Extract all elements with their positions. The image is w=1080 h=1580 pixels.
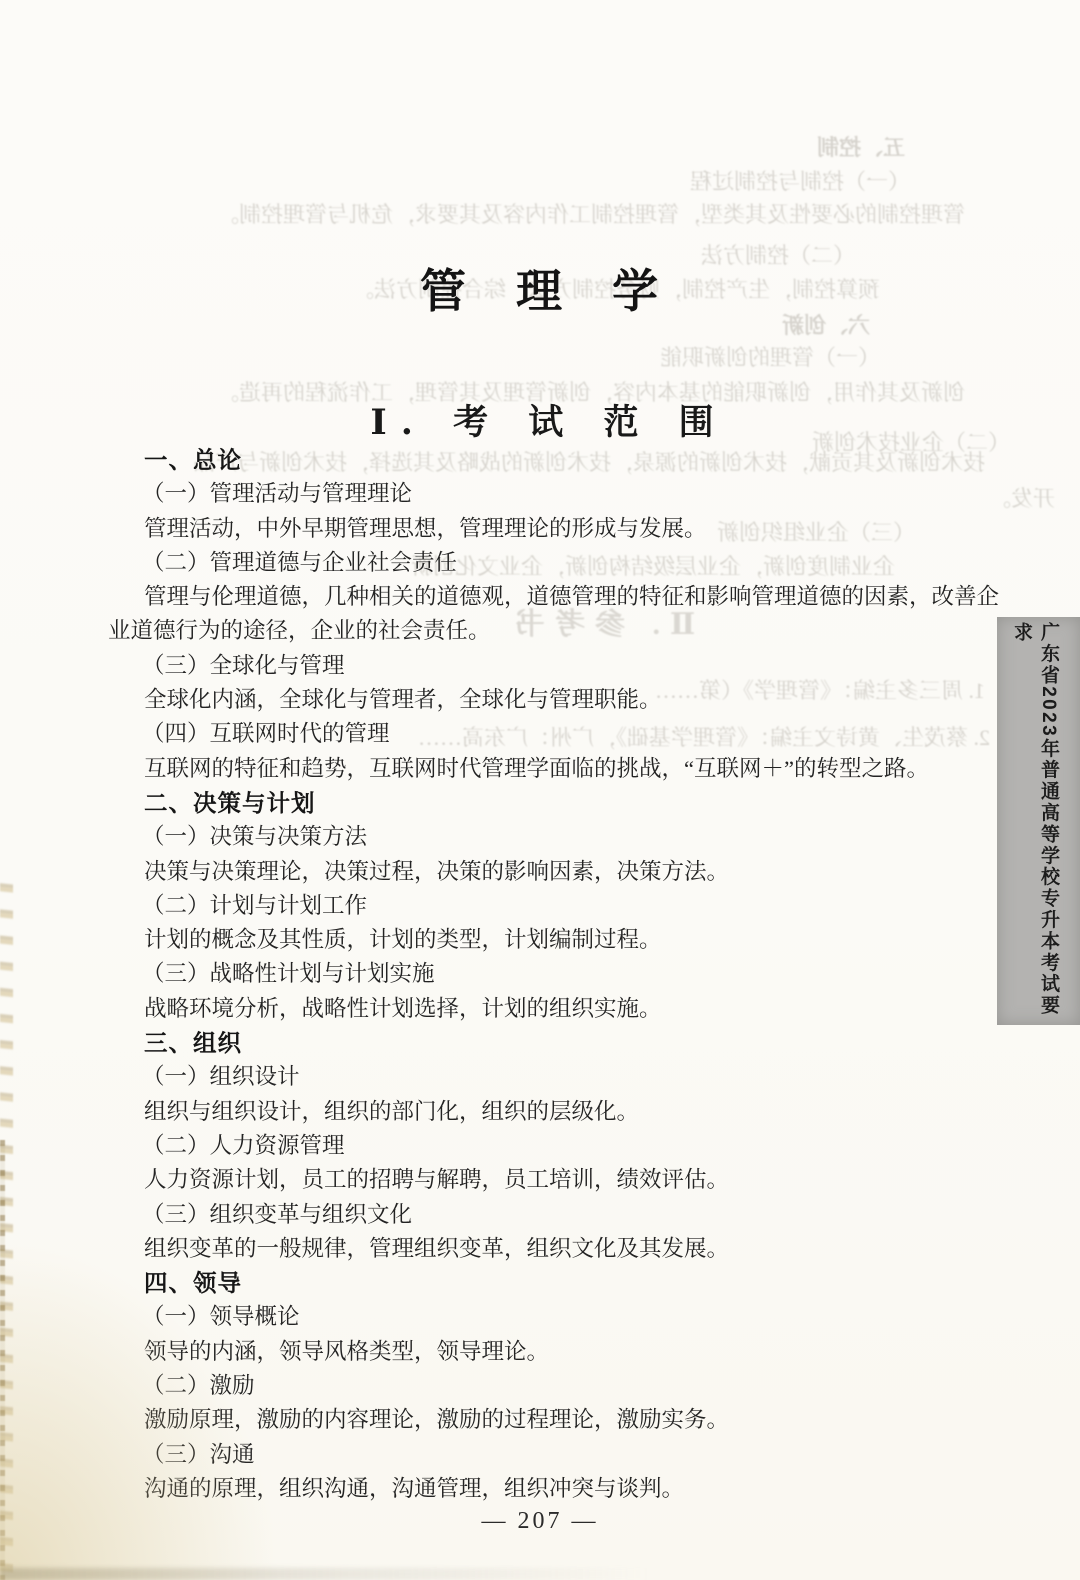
outline-body: 人力资源计划，员工的招聘与解聘，员工培训，绩效评估。	[108, 1163, 980, 1197]
corner-stain-decoration	[0, 1240, 280, 1580]
outline-body: 决策与决策理论，决策过程，决策的影响因素，决策方法。	[108, 855, 980, 889]
outline-item: （一）管理活动与管理理论	[108, 477, 980, 511]
sidebar-banner: 广东省2023年普通高等学校专升本考试要求	[997, 617, 1080, 1025]
outline-body: 全球化内涵，全球化与管理者，全球化与管理职能。	[108, 683, 980, 717]
outline-item: （四）互联网时代的管理	[108, 717, 980, 751]
sidebar-banner-text: 广东省2023年普通高等学校专升本考试要求	[1008, 622, 1062, 1022]
outline-item: （一）决策与决策方法	[108, 820, 980, 854]
chapter-heading: 二、决策与计划	[108, 786, 980, 820]
outline-body: 战略环境分析，战略性计划选择，计划的组织实施。	[108, 992, 980, 1026]
outline-item: （一）组织设计	[108, 1060, 980, 1094]
outline-item: （二）管理道德与企业社会责任	[108, 546, 980, 580]
outline-item: （三）全球化与管理	[108, 649, 980, 683]
bleedthrough-line: （一）控制与控制过程	[690, 171, 910, 193]
bottom-scan-smudge-decoration	[0, 1568, 650, 1580]
bleedthrough-line: 开发。	[989, 488, 1055, 510]
chapter-heading: 三、组织	[108, 1026, 980, 1060]
bleedthrough-line: 五、控制	[817, 137, 905, 159]
outline-body: 组织与组织设计，组织的部门化，组织的层级化。	[108, 1095, 980, 1129]
outline-item: （二）人力资源管理	[108, 1129, 980, 1163]
outline-body: 业道德行为的途径，企业的社会责任。	[108, 614, 980, 648]
document-title: 管 理 学	[0, 255, 1080, 321]
bleedthrough-line: 管理控制的必要性及其类型，管理控制工作内容及其要求，危机与管理控制。	[217, 204, 965, 226]
outline-body: 计划的概念及其性质，计划的类型，计划编制过程。	[108, 923, 980, 957]
chapter-heading: 一、总论	[108, 443, 980, 477]
outline-item: （二）计划与计划工作	[108, 889, 980, 923]
exam-scope-heading: Ⅰ. 考 试 范 围	[0, 395, 1080, 445]
outline-item: （三）战略性计划与计划实施	[108, 957, 980, 991]
scanned-page: 五、控制 （一）控制与控制过程 管理控制的必要性及其类型，管理控制工作内容及其要…	[0, 0, 1080, 1580]
outline-item: （三）组织变革与组织文化	[108, 1198, 980, 1232]
bleedthrough-line: （一）管理的创新职能	[660, 347, 880, 369]
outline-body: 管理活动，中外早期管理思想，管理理论的形成与发展。	[108, 512, 980, 546]
outline-body: 管理与伦理道德，几种相关的道德观，道德管理的特征和影响管理道德的因素，改善企	[108, 580, 980, 614]
outline-body: 互联网的特征和趋势，互联网时代管理学面临的挑战，“互联网＋”的转型之路。	[108, 752, 980, 786]
